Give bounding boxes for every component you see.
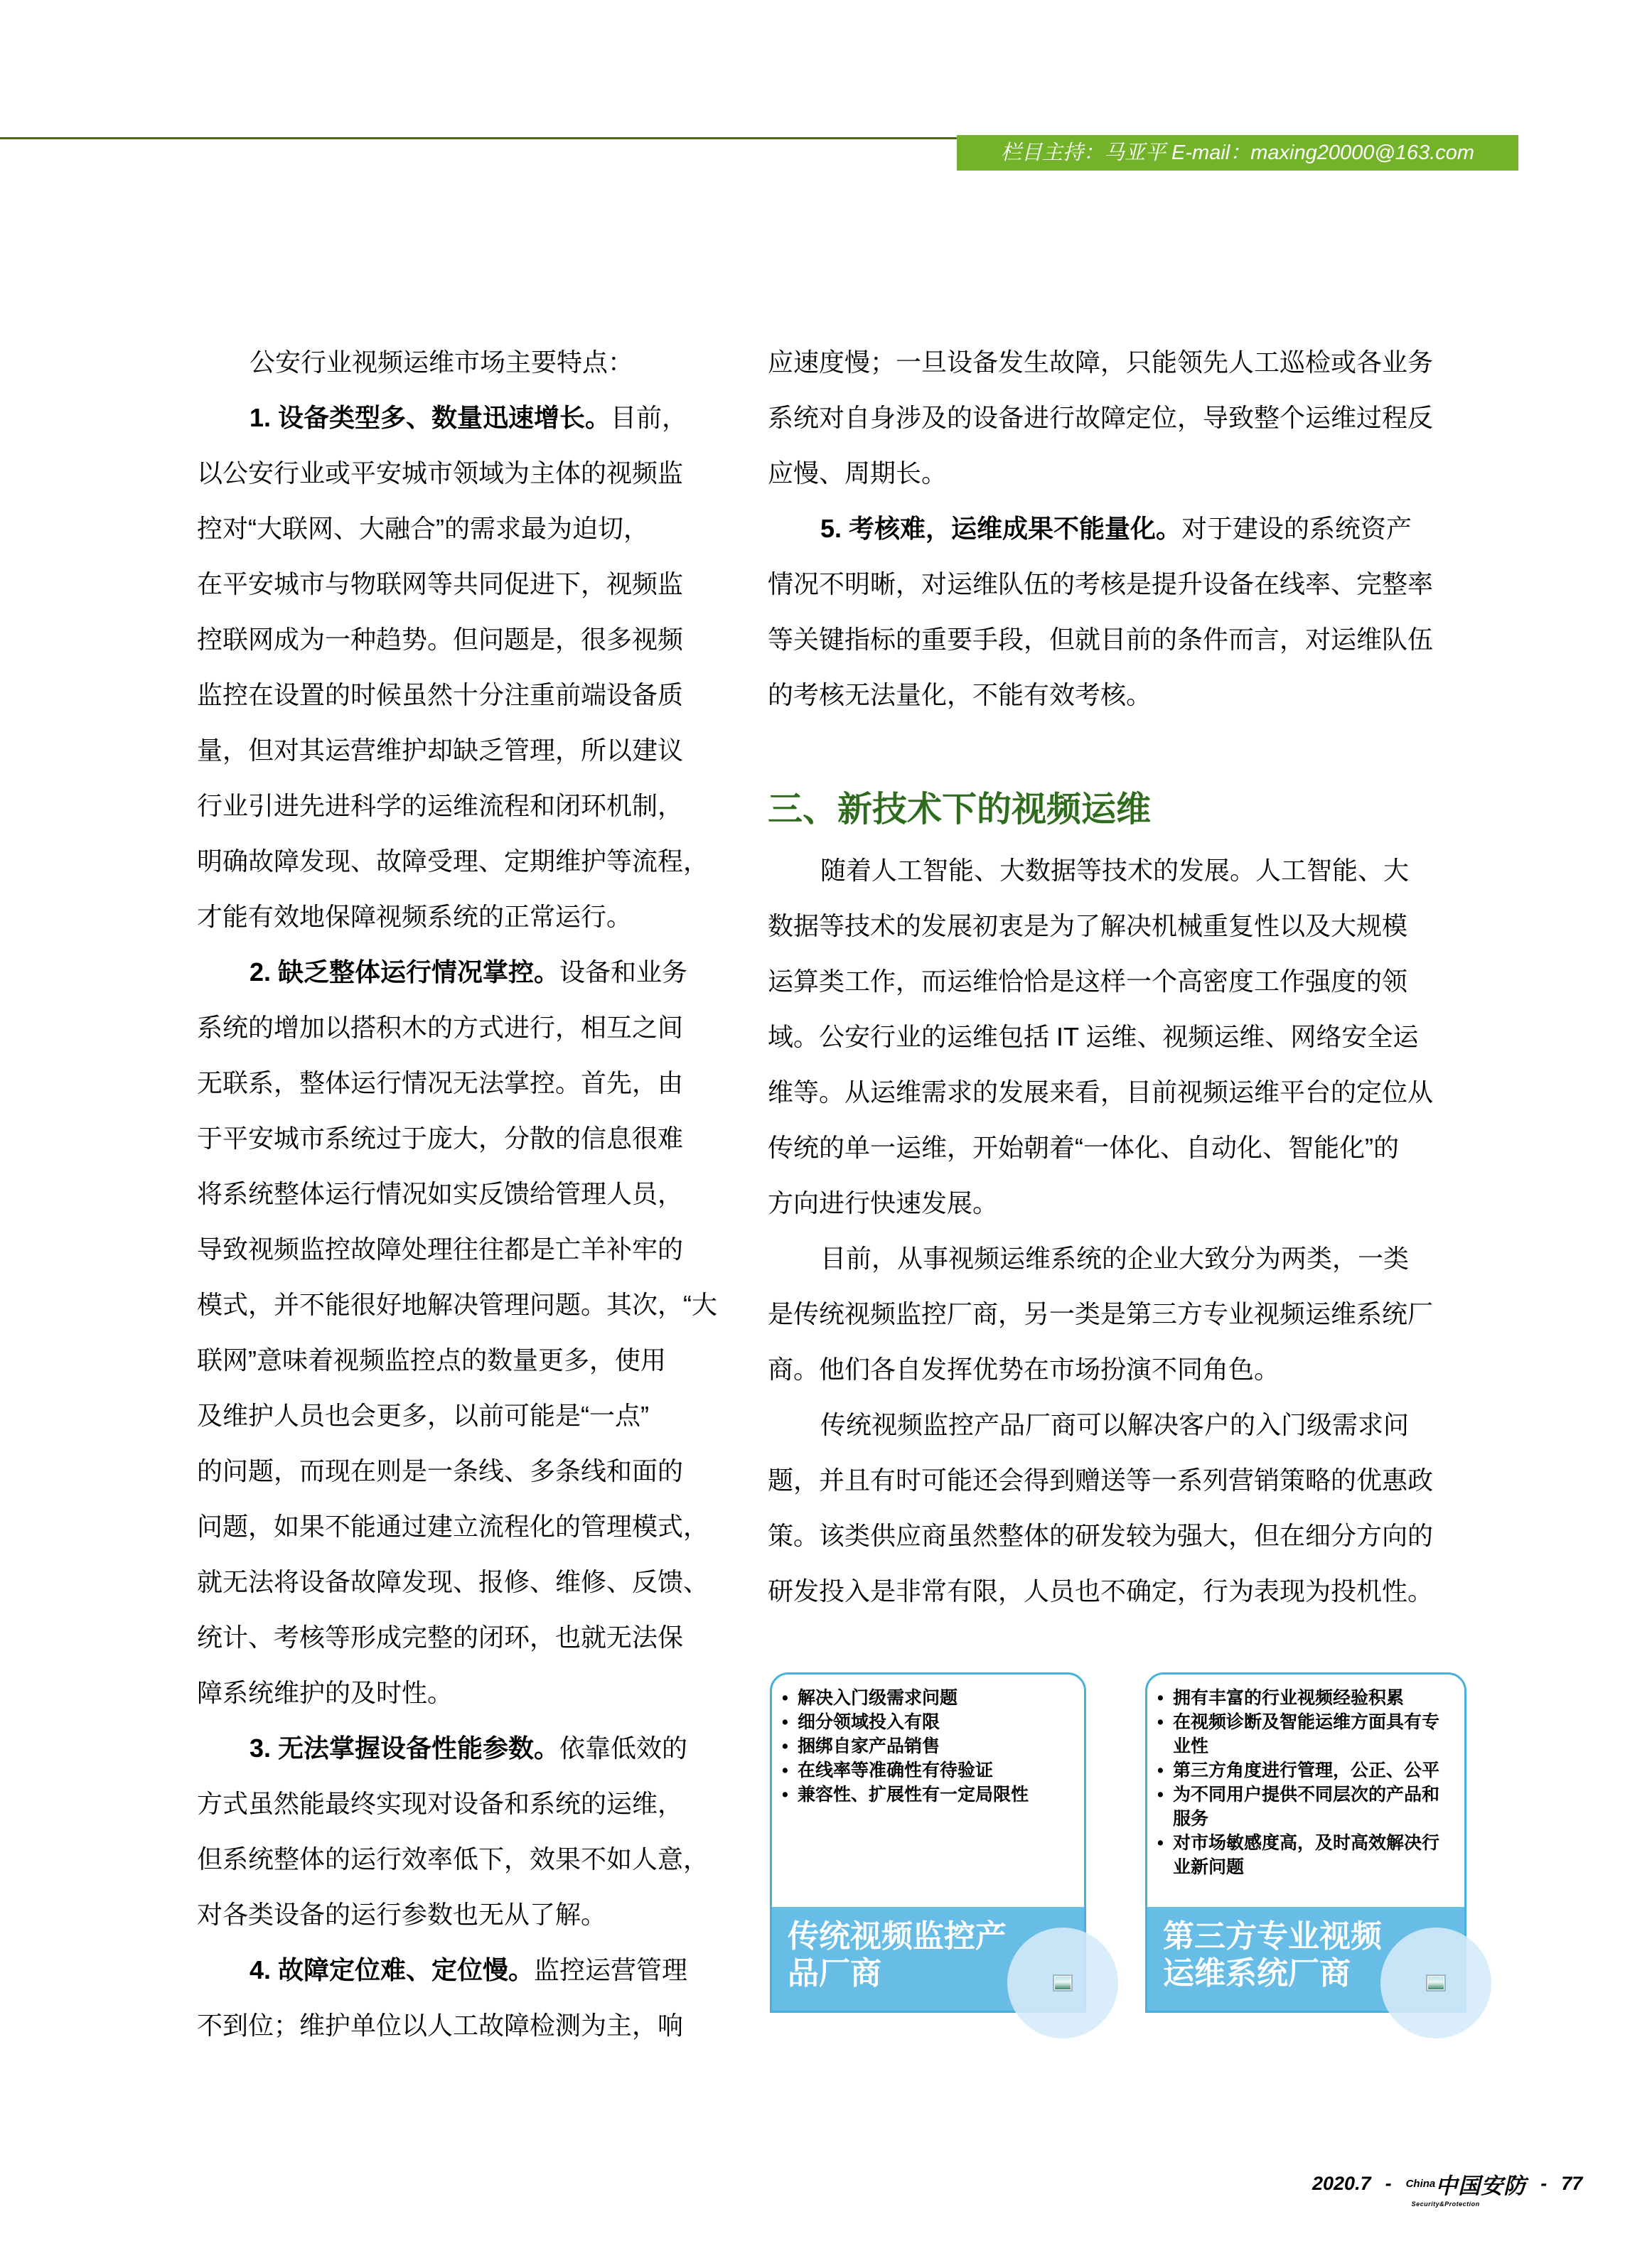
text-line: 方式虽然能最终实现对设备和系统的运维， <box>197 1776 709 1832</box>
bullet-item: •为不同用户提供不同层次的产品和服务 <box>1157 1783 1446 1831</box>
text-line: 控联网成为一种趋势。但问题是，很多视频 <box>197 612 709 667</box>
third-party-vendor-bullets: •拥有丰富的行业视频经验积累•在视频诊断及智能运维方面具有专业性•第三方角度进行… <box>1147 1675 1464 1879</box>
text-line: 域。公安行业的运维包括 IT 运维、视频运维、网络安全运 <box>768 1009 1486 1065</box>
bullet-dot-icon: • <box>782 1758 798 1783</box>
paragraph-lead: 2. 缺乏整体运行情况掌控。 <box>250 957 559 987</box>
text-line: 维等。从运维需求的发展来看，目前视频运维平台的定位从 <box>768 1065 1486 1120</box>
text-line: 策。该类供应商虽然整体的研发较为强大，但在细分方向的 <box>768 1508 1486 1564</box>
text-line: 是传统视频监控厂商，另一类是第三方专业视频运维系统厂 <box>768 1286 1486 1342</box>
traditional-vendor-bullets: •解决入门级需求问题•细分领域投入有限•捆绑自家产品销售•在线率等准确性有待验证… <box>772 1675 1084 1807</box>
text-line: 无联系，整体运行情况无法掌控。首先，由 <box>197 1055 709 1111</box>
text-line: 传统的单一运维，开始朝着“一体化、自动化、智能化”的 <box>768 1120 1486 1176</box>
bullet-text: 兼容性、扩展性有一定局限性 <box>798 1783 1077 1807</box>
text-line: 2. 缺乏整体运行情况掌控。设备和业务 <box>197 945 709 1000</box>
text-line: 统计、考核等形成完整的闭环，也就无法保 <box>197 1610 709 1665</box>
decorative-circle <box>1380 1928 1491 2038</box>
bullet-dot-icon: • <box>1157 1686 1173 1710</box>
magazine-logo: China 中国安防 Security&Protection <box>1406 2168 1527 2200</box>
text-line: 商。他们各自发挥优势在市场扮演不同角色。 <box>768 1342 1486 1397</box>
bullet-text: 细分领域投入有限 <box>798 1710 1077 1734</box>
bullet-item: •解决入门级需求问题 <box>782 1686 1077 1710</box>
image-placeholder-icon <box>1053 1974 1073 1992</box>
text-line: 行业引进先进科学的运维流程和闭环机制， <box>197 778 709 834</box>
text-line: 不到位；维护单位以人工故障检测为主，响 <box>197 1998 709 2053</box>
bullet-item: •在线率等准确性有待验证 <box>782 1758 1077 1783</box>
text-line: 传统视频监控产品厂商可以解决客户的入门级需求问 <box>768 1397 1486 1453</box>
text-line: 于平安城市系统过于庞大，分散的信息很难 <box>197 1111 709 1166</box>
left-text-column: 公安行业视频运维市场主要特点：1. 设备类型多、数量迅速增长。目前，以公安行业或… <box>197 335 709 2053</box>
text-line: 才能有效地保障视频系统的正常运行。 <box>197 889 709 945</box>
text-line: 5. 考核难，运维成果不能量化。对于建设的系统资产 <box>768 501 1486 557</box>
text-line: 监控在设置的时候虽然十分注重前端设备质 <box>197 667 709 723</box>
bullet-dot-icon: • <box>1157 1831 1173 1879</box>
logo-sub-text: Security&Protection <box>1412 2200 1480 2208</box>
text-line: 4. 故障定位难、定位慢。监控运营管理 <box>197 1942 709 1998</box>
section-heading: 三、新技术下的视频运维 <box>768 782 1151 832</box>
page-number: 77 <box>1561 2173 1582 2195</box>
text-line: 系统对自身涉及的设备进行故障定位，导致整个运维过程反 <box>768 390 1486 446</box>
text-line: 及维护人员也会更多，以前可能是“一点” <box>197 1388 709 1444</box>
text-line: 的问题，而现在则是一条线、多条线和面的 <box>197 1444 709 1499</box>
text-line: 对各类设备的运行参数也无从了解。 <box>197 1887 709 1942</box>
text-line: 导致视频监控故障处理往往都是亡羊补牢的 <box>197 1222 709 1277</box>
text-line: 3. 无法掌握设备性能参数。依靠低效的 <box>197 1721 709 1776</box>
bullet-item: •细分领域投入有限 <box>782 1710 1077 1734</box>
bullet-item: •第三方角度进行管理，公正、公平 <box>1157 1758 1446 1783</box>
bullet-text: 解决入门级需求问题 <box>798 1686 1077 1710</box>
right-text-column-bottom: 随着人工智能、大数据等技术的发展。人工智能、大数据等技术的发展初衷是为了解决机械… <box>768 843 1486 1619</box>
logo-china-text: China <box>1406 2178 1436 2189</box>
bullet-text: 第三方角度进行管理，公正、公平 <box>1173 1758 1446 1783</box>
bullet-dot-icon: • <box>782 1734 798 1758</box>
paragraph-lead: 5. 考核难，运维成果不能量化。 <box>820 514 1181 543</box>
bullet-dot-icon: • <box>1157 1783 1173 1831</box>
text-line: 的考核无法量化，不能有效考核。 <box>768 667 1486 723</box>
text-line: 数据等技术的发展初衷是为了解决机械重复性以及大规模 <box>768 898 1486 954</box>
bullet-text: 对市场敏感度高，及时高效解决行业新问题 <box>1173 1831 1446 1879</box>
text-line: 公安行业视频运维市场主要特点： <box>197 335 709 390</box>
right-text-column-top: 应速度慢；一旦设备发生故障，只能领先人工巡检或各业务系统对自身涉及的设备进行故障… <box>768 335 1486 723</box>
text-line: 方向进行快速发展。 <box>768 1176 1486 1231</box>
bullet-dot-icon: • <box>782 1686 798 1710</box>
page-footer: 2020.7 - China 中国安防 Security&Protection … <box>1312 2162 1582 2205</box>
paragraph-lead: 4. 故障定位难、定位慢。 <box>250 1955 534 1984</box>
text-line: 应速度慢；一旦设备发生故障，只能领先人工巡检或各业务 <box>768 335 1486 390</box>
footer-dash: - <box>1540 2173 1547 2195</box>
text-line: 随着人工智能、大数据等技术的发展。人工智能、大 <box>768 843 1486 898</box>
text-line: 联网”意味着视频监控点的数量更多，使用 <box>197 1333 709 1388</box>
bullet-text: 为不同用户提供不同层次的产品和服务 <box>1173 1783 1446 1831</box>
column-host-text: 栏目主持：马亚平 E-mail：maxing20000@163.com <box>1001 141 1474 164</box>
text-line: 但系统整体的运行效率低下，效果不如人意， <box>197 1832 709 1887</box>
bullet-text: 在线率等准确性有待验证 <box>798 1758 1077 1783</box>
text-line: 情况不明晰，对运维队伍的考核是提升设备在线率、完整率 <box>768 557 1486 612</box>
text-line: 控对“大联网、大融合”的需求最为迫切， <box>197 501 709 557</box>
text-line: 明确故障发现、故障受理、定期维护等流程， <box>197 834 709 889</box>
bullet-dot-icon: • <box>782 1710 798 1734</box>
bullet-dot-icon: • <box>1157 1758 1173 1783</box>
text-line: 模式，并不能很好地解决管理问题。其次，“大 <box>197 1277 709 1333</box>
bullet-text: 拥有丰富的行业视频经验积累 <box>1173 1686 1446 1710</box>
text-line: 就无法将设备故障发现、报修、维修、反馈、 <box>197 1554 709 1610</box>
column-host-banner: 栏目主持：马亚平 E-mail：maxing20000@163.com <box>957 135 1518 171</box>
bullet-dot-icon: • <box>782 1783 798 1807</box>
bullet-item: •兼容性、扩展性有一定局限性 <box>782 1783 1077 1807</box>
text-line: 等关键指标的重要手段，但就目前的条件而言，对运维队伍 <box>768 612 1486 667</box>
bullet-text: 捆绑自家产品销售 <box>798 1734 1077 1758</box>
header-rule-line <box>0 137 957 139</box>
paragraph-lead: 3. 无法掌握设备性能参数。 <box>250 1734 559 1763</box>
text-line: 将系统整体运行情况如实反馈给管理人员， <box>197 1166 709 1222</box>
issue-date: 2020.7 <box>1312 2173 1371 2195</box>
logo-main-text: 中国安防 <box>1435 2168 1526 2200</box>
text-line: 1. 设备类型多、数量迅速增长。目前， <box>197 390 709 446</box>
text-line: 题，并且有时可能还会得到赠送等一系列营销策略的优惠政 <box>768 1453 1486 1508</box>
bullet-item: •拥有丰富的行业视频经验积累 <box>1157 1686 1446 1710</box>
text-line: 障系统维护的及时性。 <box>197 1665 709 1721</box>
decorative-circle <box>1007 1928 1118 2038</box>
text-line: 以公安行业或平安城市领域为主体的视频监 <box>197 446 709 501</box>
image-placeholder-icon <box>1426 1974 1446 1992</box>
bullet-item: •在视频诊断及智能运维方面具有专业性 <box>1157 1710 1446 1758</box>
text-line: 在平安城市与物联网等共同促进下，视频监 <box>197 557 709 612</box>
text-line: 系统的增加以搭积木的方式进行，相互之间 <box>197 1000 709 1055</box>
footer-dash: - <box>1385 2173 1392 2195</box>
bullet-item: •捆绑自家产品销售 <box>782 1734 1077 1758</box>
text-line: 量，但对其运营维护却缺乏管理，所以建议 <box>197 723 709 778</box>
text-line: 应慢、周期长。 <box>768 446 1486 501</box>
bullet-item: •对市场敏感度高，及时高效解决行业新问题 <box>1157 1831 1446 1879</box>
text-line: 目前，从事视频运维系统的企业大致分为两类，一类 <box>768 1231 1486 1286</box>
text-line: 研发投入是非常有限，人员也不确定，行为表现为投机性。 <box>768 1564 1486 1619</box>
bullet-text: 在视频诊断及智能运维方面具有专业性 <box>1173 1710 1446 1758</box>
text-line: 问题，如果不能通过建立流程化的管理模式， <box>197 1499 709 1554</box>
paragraph-lead: 1. 设备类型多、数量迅速增长。 <box>250 403 611 432</box>
bullet-dot-icon: • <box>1157 1710 1173 1758</box>
text-line: 运算类工作，而运维恰恰是这样一个高密度工作强度的领 <box>768 954 1486 1009</box>
